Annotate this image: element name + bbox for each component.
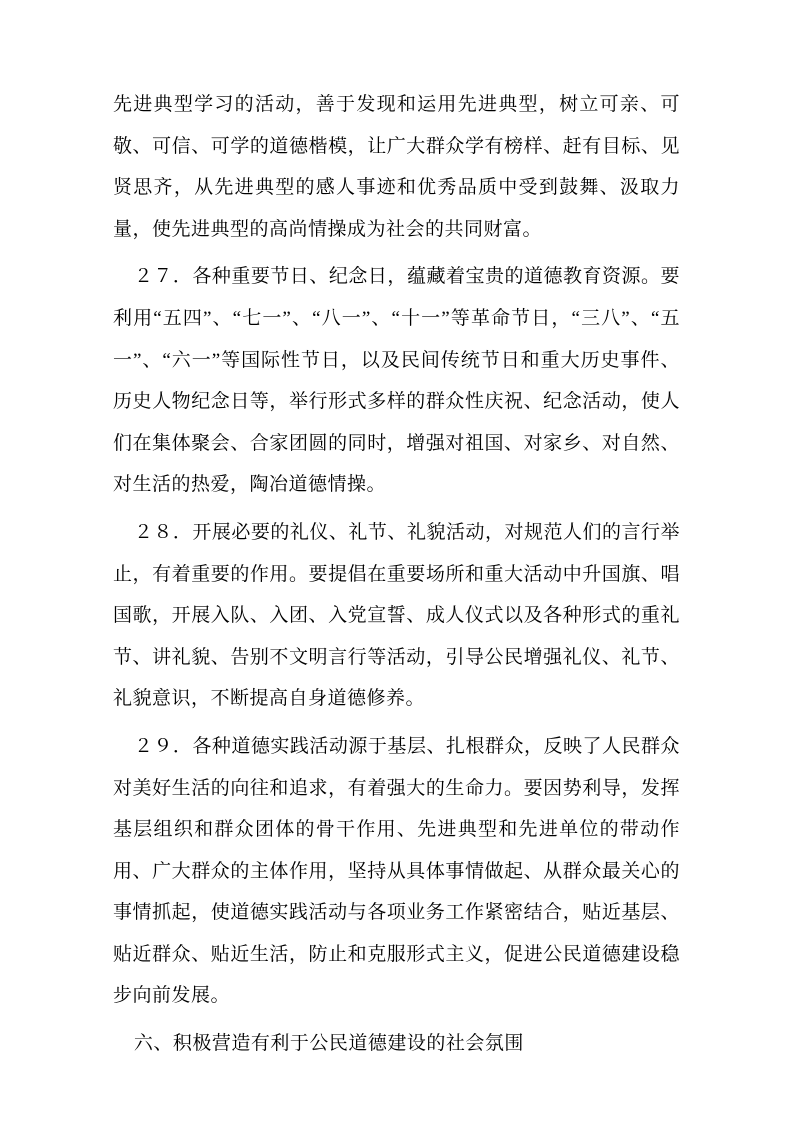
paragraph-item-27: ２７．各种重要节日、纪念日，蕴藏着宝贵的道德教育资源。要利用“五四”、“七一”、… — [113, 256, 680, 506]
paragraph-continuation: 先进典型学习的活动，善于发现和运用先进典型，树立可亲、可敬、可信、可学的道德楷模… — [113, 84, 680, 250]
document-text-block: 先进典型学习的活动，善于发现和运用先进典型，树立可亲、可敬、可信、可学的道德楷模… — [113, 84, 680, 1065]
paragraph-item-29: ２９．各种道德实践活动源于基层、扎根群众，反映了人民群众对美好生活的向往和追求，… — [113, 726, 680, 1017]
document-page: 先进典型学习的活动，善于发现和运用先进典型，树立可亲、可敬、可信、可学的道德楷模… — [0, 0, 793, 1122]
paragraph-item-28: ２８．开展必要的礼仪、礼节、礼貌活动，对规范人们的言行举止，有着重要的作用。要提… — [113, 512, 680, 720]
section-heading-six: 六、积极营造有利于公民道德建设的社会氛围 — [113, 1023, 680, 1065]
